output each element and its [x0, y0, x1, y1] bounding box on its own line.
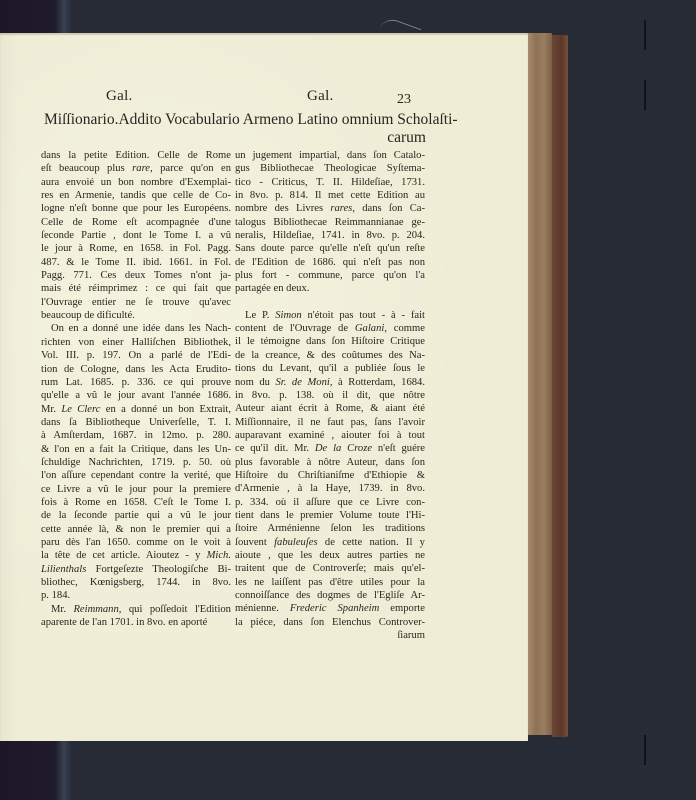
- left-text-column: dans la petite Edition. Celle de Romeeſt…: [41, 149, 231, 629]
- text-line: gus Bibliothecae Theologicae Syſtema-: [235, 162, 425, 175]
- text-line: plus fort - commune, parce qu'on l'a: [235, 269, 425, 282]
- text-line: logne n'eſt bonne que pour les Européens…: [41, 202, 231, 215]
- text-line: res en Armenie, tandis que celle de Co-: [41, 189, 231, 202]
- text-line: de la creance, & des coûtumes des Na-: [235, 349, 425, 362]
- text-line: Mr. Le Clerc en a donné un bon Extrait,: [41, 403, 231, 416]
- text-line: partagée en deux.: [235, 282, 425, 295]
- text-line: de l'Edition de 1686. qui n'eſt pas non: [235, 256, 425, 269]
- text-line: plus favorable à nôtre Auteur, dans ſon: [235, 456, 425, 469]
- text-line: l'Ouvrage entier ne ſe trouve qu'avec: [41, 296, 231, 309]
- text-line: qu'elle a vû le jour avant l'année 1686.: [41, 389, 231, 402]
- text-line: neralis, Hildeſiae, 1741. in 8vo. p. 204…: [235, 229, 425, 242]
- text-line: richten von einer Halliſchen Bibliothek,: [41, 336, 231, 349]
- title-fragment-3: carum: [44, 129, 426, 147]
- text-line: ſtoire Arménienne ſelon les traditions: [235, 522, 425, 535]
- text-line: Lilienthals Fortgeſezte Theologiſche Bi-: [41, 563, 231, 576]
- text-line: un jugement impartial, dans ſon Catalo-: [235, 149, 425, 162]
- text-line: connoiſſance des dogmes de l'Egliſe Ar-: [235, 589, 425, 602]
- text-line: talogus Bibliothecae Reimmannianae ge-: [235, 216, 425, 229]
- text-line: beaucoup de dificulté.: [41, 309, 231, 322]
- text-line: ſchuldige Nachrichten, 1719. p. 50. où: [41, 456, 231, 469]
- text-line: ſiarum: [235, 629, 425, 642]
- text-line: rum Lat. 1685. p. 336. ce qui prouve: [41, 376, 231, 389]
- page-content: Gal. Gal. 23 Miſſionario. Addito Vocabul…: [0, 33, 528, 741]
- text-line: p. 334. où il aſſure que ce Livre con-: [235, 496, 425, 509]
- page-number: 23: [397, 92, 411, 108]
- text-line: dans ſa Bibliotheque Univerſelle, T. I.: [41, 416, 231, 429]
- running-head-left: Gal.: [106, 88, 133, 105]
- text-line: d'Armenie , à la Haye, 1739. in 8vo.: [235, 482, 425, 495]
- text-line: tion de Cologne, dans les Acta Erudito-: [41, 363, 231, 376]
- text-line: p. 184.: [41, 589, 231, 602]
- entry-title: Miſſionario. Addito Vocabulario Armeno L…: [44, 111, 426, 147]
- title-fragment-1: Miſſionario.: [44, 111, 118, 129]
- text-line: in 8vo. p. 138. où il dit, que nôtre: [235, 389, 425, 402]
- text-line: Mr. Reimmann, qui poſſedoit l'Edition: [41, 603, 231, 616]
- text-line: l'on aſſure cependant contre la verité, …: [41, 469, 231, 482]
- text-line: Sans doute parce qu'elle n'eſt qu'un reſ…: [235, 242, 425, 255]
- text-line: nom du Sr. de Moni, à Rotterdam, 1684.: [235, 376, 425, 389]
- book-cover-edge: [552, 35, 568, 737]
- title-fragment-2: Addito Vocabulario Armeno Latino omnium …: [118, 111, 457, 129]
- text-line: il le témoigne dans ſon Hiſtoire Critiqu…: [235, 335, 425, 348]
- text-line: fois à Rome en 1658. C'eſt le Tome I.: [41, 496, 231, 509]
- text-line: nombre des Livres rares, dans ſon Ca-: [235, 202, 425, 215]
- book-fore-edge: [528, 33, 552, 735]
- right-text-column: un jugement impartial, dans ſon Catalo-g…: [235, 149, 425, 642]
- text-line: On en a donné une idée dans les Nach-: [41, 322, 231, 335]
- text-line: auparavant examiné , aiouter foi à tout: [235, 429, 425, 442]
- text-line: tico - Criticus, T. II. Hildeſiae, 1731.: [235, 176, 425, 189]
- text-line: mais été réimprimez : ce qui fait que: [41, 282, 231, 295]
- text-line: la piéce, dans ſon Elenchus Controver-: [235, 616, 425, 629]
- text-line: tions du Levant, qu'il a publiée ſous le: [235, 362, 425, 375]
- text-line: Celle de Rome eſt acompagnée d'une: [41, 216, 231, 229]
- text-line: content de l'Ouvrage de Galani, comme: [235, 322, 425, 335]
- text-line: de la ſeconde partie qui a vû le jour: [41, 509, 231, 522]
- text-line: ſouvent fabuleuſes de cette nation. Il y: [235, 536, 425, 549]
- running-head-right: Gal.: [307, 88, 334, 105]
- text-line: tient dans le premier Volume toute l'Hi-: [235, 509, 425, 522]
- text-line: ſeconde Partie , dont le Tome I. a vû: [41, 229, 231, 242]
- text-line: traitent que de Controverſe; mais qu'el-: [235, 562, 425, 575]
- text-line: la tête de cet article. Aioutez - y Mich…: [41, 549, 231, 562]
- ruler-mark: [644, 735, 646, 765]
- text-line: & l'on en a fait la Critique, dans les U…: [41, 443, 231, 456]
- text-line: aparente de l'an 1701. in 8vo. en aporté: [41, 616, 231, 629]
- text-line: Le P. Simon n'étoit pas tout - à - fait: [235, 309, 425, 322]
- ruler-mark: [644, 20, 646, 50]
- text-line: eſt beaucoup plus rare, parce qu'on en: [41, 162, 231, 175]
- ruler-mark: [644, 80, 646, 110]
- text-line: bliothec, Kœnigsberg, 1744. in 8vo.: [41, 576, 231, 589]
- text-line: aioute , que les deux autres parties ne: [235, 549, 425, 562]
- text-line: Auteur aiant écrit à Rome, & aiant été: [235, 402, 425, 415]
- text-line: paru dès l'an 1650. comme on le voit à: [41, 536, 231, 549]
- text-line: les ne laiſſent pas d'être utiles pour l…: [235, 576, 425, 589]
- text-line: ménienne. Frederic Spanheim emporte: [235, 602, 425, 615]
- text-line: ce Livre a vû le jour pour la premiere: [41, 483, 231, 496]
- text-line: Pagg. 771. Ces deux Tomes n'ont ja-: [41, 269, 231, 282]
- text-line: Miſſionnaire, il ne faut pas, ſans l'avo…: [235, 416, 425, 429]
- text-line: Vol. III. p. 197. On a parlé de l'Edi-: [41, 349, 231, 362]
- text-line: aura envoié un bon nombre d'Exemplai-: [41, 176, 231, 189]
- text-line: cette année là, & non le premier qui a: [41, 523, 231, 536]
- text-line: à Amſterdam, 1687. in 12mo. p. 280.: [41, 429, 231, 442]
- text-line: dans la petite Edition. Celle de Rome: [41, 149, 231, 162]
- text-line: le jour à Rome, en 1658. in Fol. Pagg.: [41, 242, 231, 255]
- text-line: 487. & le Tome II. ibid. 1661. in Fol.: [41, 256, 231, 269]
- text-line: ce qu'il dit. Mr. De la Croze n'eſt guér…: [235, 442, 425, 455]
- book-page: Gal. Gal. 23 Miſſionario. Addito Vocabul…: [0, 33, 528, 741]
- text-line: Hiſtoire du Chriſtianiſme d'Ethiopie &: [235, 469, 425, 482]
- text-line: in 8vo. p. 814. Il met cette Edition au: [235, 189, 425, 202]
